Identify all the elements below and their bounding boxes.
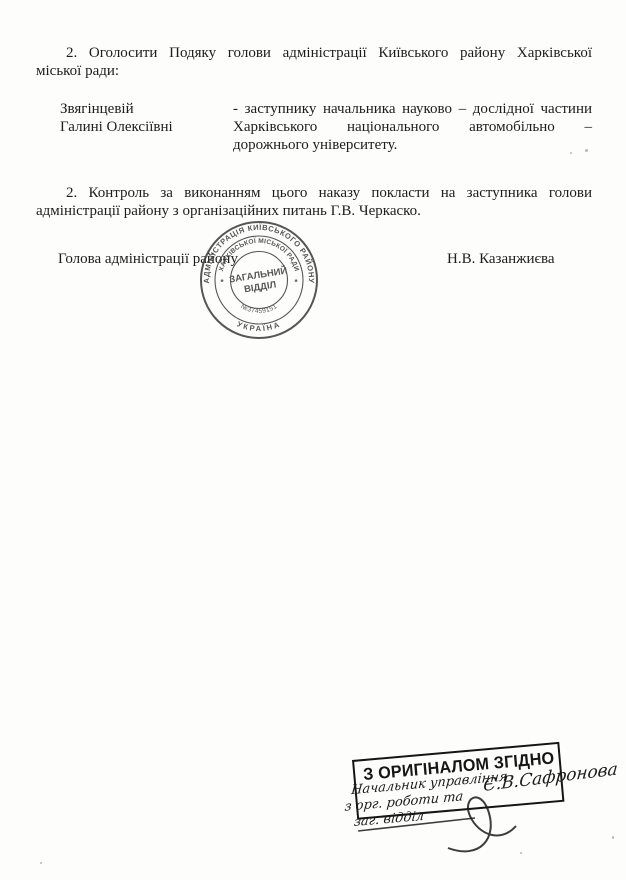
document-page: 2. Оголосити Подяку голови адміністрації… [0,0,626,880]
handwritten-signature: Є.В.Сафронова [482,759,618,796]
stamp-inner-arc-text: ХАРКІВСЬКОЇ МІСЬКОЇ РАДИ [218,237,300,272]
recipient-position-column: - заступнику начальника науково – дослід… [233,100,592,154]
stamp-country-text: УКРАЇНА [236,319,283,333]
scan-speck [612,836,614,839]
recipient-surname: Звягінцевій [60,100,230,118]
recipient-given-name: Галині Олексіївні [60,118,230,136]
paragraph-line: 2. Оголосити Подяку голови адміністрації… [36,44,592,62]
stamp-star-left-icon: * [220,278,224,287]
signer-name: Н.В. Казанжиєва [447,251,555,268]
scan-speck [40,862,42,864]
stamp-center-text: ЗАГАЛЬНИЙ ВІДДІЛ [228,265,290,298]
paragraph-announce-gratitude: 2. Оголосити Подяку голови адміністрації… [36,44,592,80]
round-official-stamp: АДМІНІСТРАЦІЯ КИЇВСЬКОГО РАЙОНУ ХАРКІВСЬ… [194,215,324,345]
recipient-name-column: Звягінцевій Галині Олексіївні [60,100,230,136]
scan-speck [585,149,588,152]
position-line: - заступнику начальника науково – дослід… [233,100,592,118]
scan-speck [570,152,572,154]
scan-speck [520,852,522,854]
position-line: Харківського національного автомобільно … [233,118,592,136]
paragraph-line: міської ради: [36,62,592,80]
position-line: дорожнього університету. [233,136,592,154]
stamp-star-right-icon: * [294,278,298,287]
paragraph-line: 2. Контроль за виконанням цього наказу п… [36,184,592,202]
stamp-number-text: №37459151 [239,303,278,315]
